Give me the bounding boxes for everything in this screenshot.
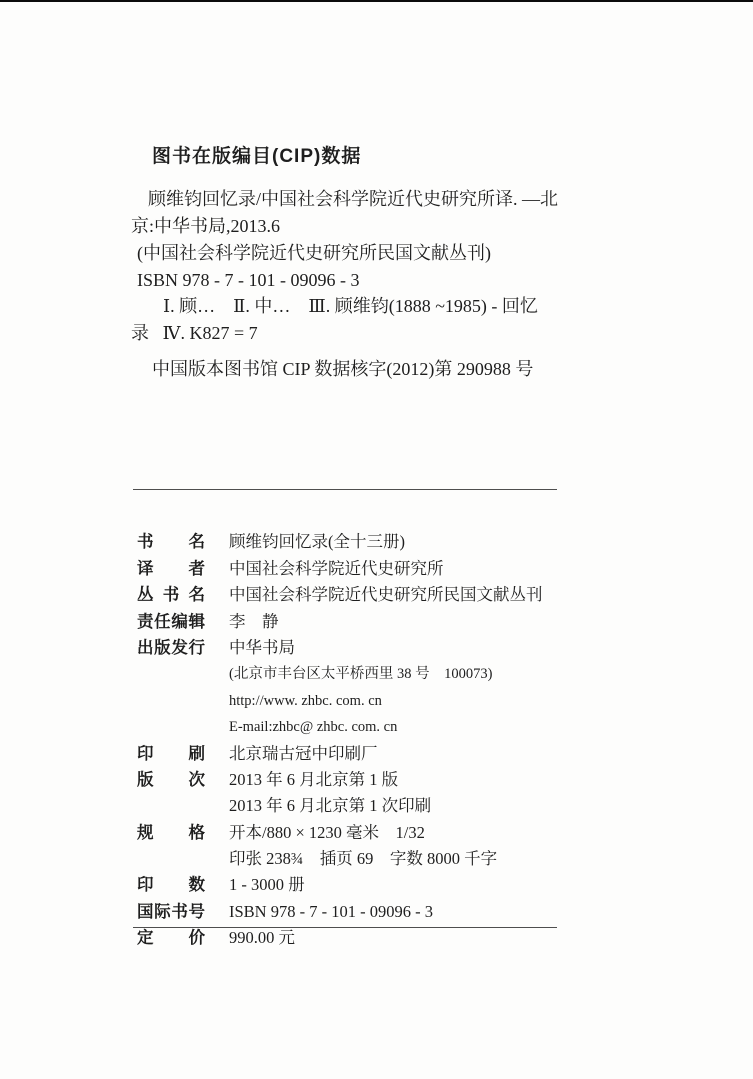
colophon-value: (北京市丰台区太平桥西里 38 号 100073)	[229, 661, 492, 687]
cip-entry-line: 顾维钧回忆录/中国社会科学院近代史研究所译. —北	[131, 186, 571, 213]
colophon-value: 中华书局	[229, 635, 295, 661]
colophon-label: 出版发行	[137, 635, 205, 661]
colophon-label: 书名	[137, 529, 205, 555]
colophon-label: 规格	[137, 820, 205, 846]
colophon-value: 印张 238¾ 插页 69 字数 8000 千字	[229, 846, 497, 872]
scan-page-top-edge	[0, 0, 753, 2]
divider-top	[133, 489, 557, 490]
colophon-value: 中国社会科学院近代史研究所民国文献丛刊	[229, 582, 543, 608]
cip-classification-line: Ⅰ. 顾… Ⅱ. 中… Ⅲ. 顾维钧(1888 ~1985) - 回忆	[131, 293, 571, 320]
colophon-table: 书名顾维钧回忆录(全十三册) 译者中国社会科学院近代史研究所 丛书名中国社会科学…	[121, 503, 581, 925]
colophon-value: 北京瑞古冠中印刷厂	[229, 741, 378, 767]
colophon-value: ISBN 978 - 7 - 101 - 09096 - 3	[229, 899, 433, 925]
colophon-label: 印数	[137, 872, 205, 898]
colophon-value: E-mail:zhbc@ zhbc. com. cn	[229, 714, 397, 740]
colophon-label: 译者	[137, 556, 205, 582]
colophon-label: 丛书名	[137, 582, 205, 608]
colophon-value: 1 - 3000 册	[229, 872, 305, 898]
cip-record-number: 中国版本图书馆 CIP 数据核字(2012)第 290988 号	[152, 355, 533, 381]
colophon-value: http://www. zhbc. com. cn	[229, 688, 382, 714]
colophon-value: 中国社会科学院近代史研究所	[229, 556, 444, 582]
cip-heading: 图书在版编目(CIP)数据	[152, 141, 361, 168]
colophon-value: 李 静	[229, 609, 279, 635]
colophon-value: 顾维钧回忆录(全十三册)	[229, 529, 405, 555]
colophon-value: 2013 年 6 月北京第 1 版	[229, 767, 398, 793]
cip-catalog-entry: 顾维钧回忆录/中国社会科学院近代史研究所译. —北 京:中华书局,2013.6 …	[131, 186, 571, 294]
cip-entry-line: 京:中华书局,2013.6	[131, 213, 571, 240]
colophon-label: 国际书号	[137, 899, 205, 925]
divider-bottom	[133, 927, 557, 928]
colophon-row-book-title: 书名顾维钧回忆录(全十三册)	[121, 503, 581, 529]
cip-classification-line: 录 Ⅳ. K827 = 7	[131, 320, 571, 347]
colophon-label: 印刷	[137, 741, 205, 767]
colophon-value: 2013 年 6 月北京第 1 次印刷	[229, 793, 431, 819]
colophon-label: 责任编辑	[137, 609, 205, 635]
colophon-value: 990.00 元	[229, 925, 295, 951]
cip-isbn-line: ISBN 978 - 7 - 101 - 09096 - 3	[131, 267, 571, 294]
colophon-label: 定价	[137, 925, 205, 951]
cip-series-line: (中国社会科学院近代史研究所民国文献丛刊)	[131, 240, 571, 267]
colophon-value: 开本/880 × 1230 毫米 1/32	[229, 820, 425, 846]
colophon-label: 版次	[137, 767, 205, 793]
cip-classification: Ⅰ. 顾… Ⅱ. 中… Ⅲ. 顾维钧(1888 ~1985) - 回忆 录 Ⅳ.…	[131, 293, 571, 347]
